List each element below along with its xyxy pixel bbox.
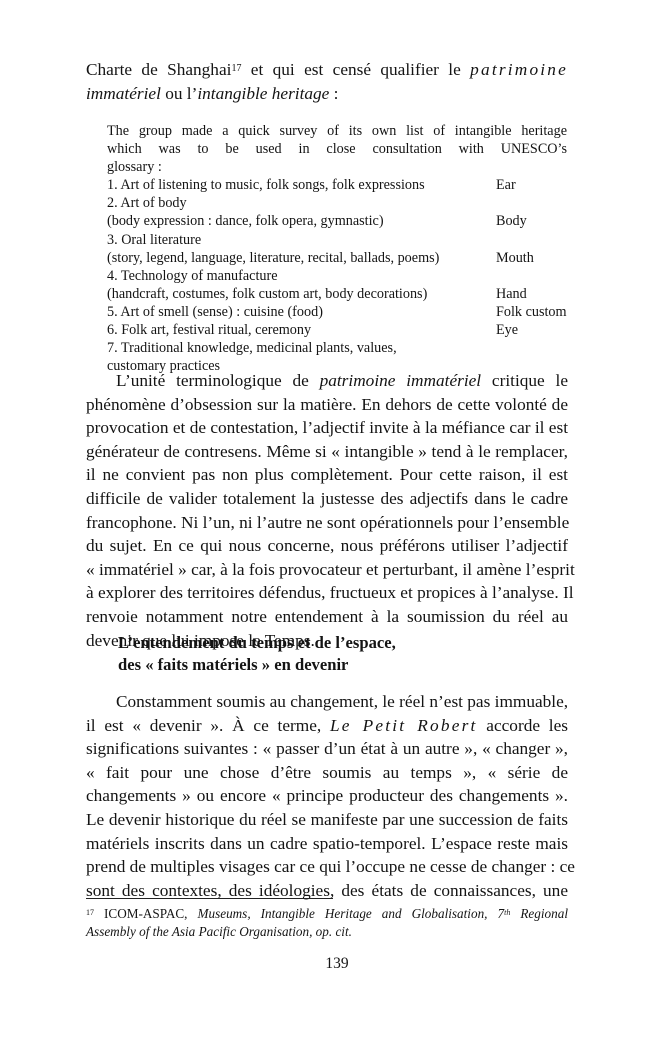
heading-line: des « faits matériels » en devenir (118, 654, 396, 676)
paragraph-text: critique le (481, 371, 568, 390)
footnote-divider (86, 898, 333, 899)
paragraph-line: du sujet. En ce qui nous concerne, nous … (86, 534, 568, 558)
item-description: (handcraft, costumes, folk custom art, b… (107, 285, 496, 303)
heritage-list-item: 5. Art of smell (sense) : cuisine (food)… (107, 303, 567, 321)
heritage-list-item: (handcraft, costumes, folk custom art, b… (107, 285, 567, 303)
item-description: (body expression : dance, folk opera, gy… (107, 212, 496, 230)
paragraph-line: Constamment soumis au changement, le rée… (86, 690, 568, 714)
paragraph-text: L’unité terminologique de (116, 371, 320, 390)
intro-text: ou l’ (161, 84, 197, 103)
footnote-number: 17 (86, 908, 94, 917)
paragraph-2: Constamment soumis au changement, le rée… (86, 690, 568, 902)
heading-line: L’entendement du temps et de l’espace, (118, 632, 396, 654)
paragraph-text: il est « devenir ». À ce terme, (86, 716, 330, 735)
footnote-17: 17 ICOM-ASPAC, Museums, Intangible Herit… (86, 905, 568, 941)
paragraph-line: L’unité terminologique de patrimoine imm… (86, 369, 568, 393)
footnote-line: 17 ICOM-ASPAC, Museums, Intangible Herit… (86, 905, 568, 923)
section-heading: L’entendement du temps et de l’espace, d… (118, 632, 396, 675)
footnote-title: Regional (510, 906, 568, 921)
item-description: 4. Technology of manufacture (107, 267, 567, 285)
page-number: 139 (12, 955, 650, 973)
item-description: 2. Art of body (107, 194, 567, 212)
paragraph-line: il ne convient pas non plus complètement… (86, 463, 568, 487)
paragraph-line: à explorer des territoires défendus, fru… (86, 581, 568, 605)
quote-intro-line: glossary : (107, 158, 567, 176)
footnote-title: Assembly of the Asia Pacific Organisatio… (86, 924, 352, 939)
paragraph-line: changements » ou encore « principe produ… (86, 784, 568, 808)
heritage-list-item: 6. Folk art, festival ritual, ceremony E… (107, 321, 567, 339)
intro-text: et qui est censé qualifier le (241, 60, 470, 79)
quote-intro-line: which was to be used in close consultati… (107, 140, 567, 158)
paragraph-text: accorde les (478, 716, 568, 735)
paragraph-line: générateur de contresens. Même si « inta… (86, 440, 568, 464)
footnote-title: Museums, Intangible Heritage and Globali… (198, 906, 505, 921)
item-description: 6. Folk art, festival ritual, ceremony (107, 321, 496, 339)
intro-line-2: immatériel ou l’intangible heritage : (86, 82, 568, 106)
paragraph-line: Le devenir historique du réel se manifes… (86, 808, 568, 832)
intro-paragraph: Charte de Shanghai17 et qui est censé qu… (86, 58, 568, 105)
footnote-ordinal: th (504, 908, 510, 917)
paragraph-line: provocation et de contestation, l’adject… (86, 416, 568, 440)
paragraph-line: difficile de valider totalement la juste… (86, 487, 568, 511)
item-sense: Hand (496, 285, 567, 303)
paragraph-line: prend de multiples visages car ce qui l’… (86, 855, 568, 879)
intro-line-1: Charte de Shanghai17 et qui est censé qu… (86, 58, 568, 82)
item-sense: Mouth (496, 249, 567, 267)
heritage-list-item: 1. Art of listening to music, folk songs… (107, 176, 567, 194)
italic-title: Le Petit Robert (330, 716, 478, 735)
heritage-list-item: (story, legend, language, literature, re… (107, 249, 567, 267)
footnote-line: Assembly of the Asia Pacific Organisatio… (86, 923, 568, 941)
item-sense: Ear (496, 176, 567, 194)
intro-italic-term: patrimoine (470, 60, 568, 79)
intro-text: Charte de Shanghai (86, 60, 231, 79)
paragraph-line: phénomène d’obsession sur la matière. En… (86, 393, 568, 417)
paragraph-line: francophone. Ni l’un, ni l’autre ne sont… (86, 511, 568, 535)
paragraph-line: il est « devenir ». À ce terme, Le Petit… (86, 714, 568, 738)
item-description: (story, legend, language, literature, re… (107, 249, 496, 267)
footnote-author: ICOM-ASPAC, (94, 906, 198, 921)
paragraph-line: renvoie notamment notre entendement à la… (86, 605, 568, 629)
italic-term: patrimoine immatériel (320, 371, 482, 390)
paragraph-line: matériels inscrits dans un cadre spatio-… (86, 832, 568, 856)
intro-italic-term: intangible heritage (197, 84, 329, 103)
item-sense: Body (496, 212, 567, 230)
item-description: 5. Art of smell (sense) : cuisine (food) (107, 303, 496, 321)
paragraph-line: « immatériel » car, à la fois provocateu… (86, 558, 568, 582)
paragraph-line: « fait pour une chose d’être soumis au t… (86, 761, 568, 785)
item-description: 3. Oral literature (107, 231, 567, 249)
intro-text: : (329, 84, 338, 103)
quote-intro-line: The group made a quick survey of its own… (107, 122, 567, 140)
document-page: Charte de Shanghai17 et qui est censé qu… (0, 0, 650, 1037)
paragraph-1: L’unité terminologique de patrimoine imm… (86, 369, 568, 652)
heritage-list-item: (body expression : dance, folk opera, gy… (107, 212, 567, 230)
block-quote: The group made a quick survey of its own… (107, 122, 567, 375)
item-description: 7. Traditional knowledge, medicinal plan… (107, 339, 567, 357)
footnote-ref-17[interactable]: 17 (231, 63, 241, 74)
item-sense: Folk custom (496, 303, 567, 321)
item-sense: Eye (496, 321, 567, 339)
item-description: 1. Art of listening to music, folk songs… (107, 176, 496, 194)
intro-italic-term: immatériel (86, 84, 161, 103)
paragraph-line: significations suivantes : « passer d’un… (86, 737, 568, 761)
